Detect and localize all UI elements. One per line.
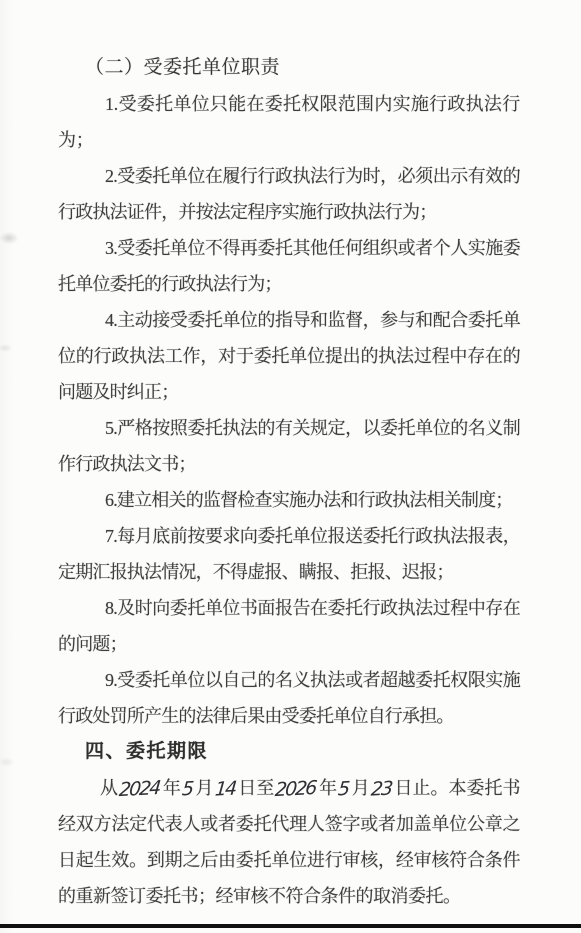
page-bottom-rule <box>0 924 581 928</box>
duty-item-6: 6.建立相关的监督检查实施办法和行政执法相关制度； <box>58 482 520 518</box>
handwritten-start-day: 14 <box>213 779 239 799</box>
duty-item-3: 3.受委托单位不得再委托其他任何组织或者个人实施委托单位委托的行政执法行为； <box>58 230 520 302</box>
printed-text-from: 从 <box>100 778 118 798</box>
section-heading-duration: 四、委托期限 <box>58 734 520 770</box>
duty-item-5: 5.严格按照委托执法的有关规定，以委托单位的名义制作行政执法文书； <box>58 410 520 482</box>
printed-text-month-2: 月 <box>351 778 370 798</box>
handwritten-end-year: 2026 <box>273 779 319 800</box>
duty-item-9: 9.受委托单位以自己的名义执法或者超越委托权限实施行政处罚所产生的法律后果由受委… <box>58 662 520 734</box>
scanned-document-page: （二）受委托单位职责 1.受委托单位只能在委托权限范围内实施行政执法行为； 2.… <box>0 0 581 933</box>
handwritten-start-month: 5 <box>180 780 196 800</box>
handwritten-start-year: 2024 <box>117 779 163 800</box>
duty-item-7: 7.每月底前按要求向委托单位报送委托行政执法报表，定期汇报执法情况，不得虚报、瞒… <box>58 518 520 590</box>
handwritten-end-month: 5 <box>336 780 352 800</box>
duration-paragraph: 从2024年5月14日至2026年5月23日止。本委托书经双方法定代表人或者委托… <box>58 770 520 914</box>
printed-text-month: 月 <box>195 778 214 798</box>
duty-item-2: 2.受委托单位在履行行政执法行为时，必须出示有效的行政执法证件，并按法定程序实施… <box>58 158 520 230</box>
section-heading-duties: （二）受委托单位职责 <box>58 50 520 86</box>
duty-item-1: 1.受委托单位只能在委托权限范围内实施行政执法行为； <box>58 86 520 158</box>
duty-item-4: 4.主动接受委托单位的指导和监督，参与和配合委托单位的行政执法工作，对于委托单位… <box>58 302 520 410</box>
handwritten-end-day: 23 <box>369 779 395 799</box>
printed-text-day-to: 日至 <box>238 778 275 798</box>
printed-text-year: 年 <box>162 778 181 798</box>
duty-item-8: 8.及时向委托单位书面报告在委托行政执法过程中存在的问题； <box>58 590 520 662</box>
printed-text-year-2: 年 <box>319 778 338 798</box>
document-body: （二）受委托单位职责 1.受委托单位只能在委托权限范围内实施行政执法行为； 2.… <box>58 50 520 914</box>
